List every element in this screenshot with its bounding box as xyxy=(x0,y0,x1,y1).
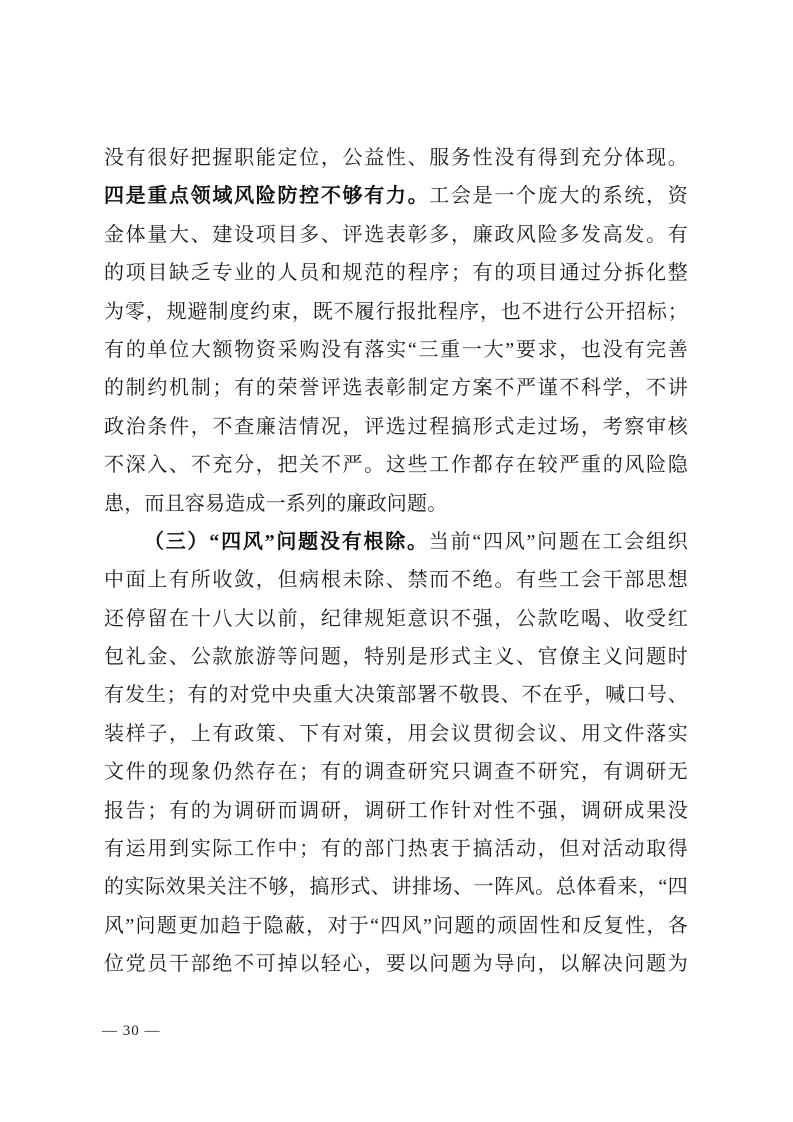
body-text: 位党员干部绝不可掉以轻心，要以问题为导向，以解决问题为 xyxy=(104,953,688,975)
body-text: 装样子，上有政策、下有对策，用会议贯彻会议、用文件落实 xyxy=(104,723,688,745)
body-text: 还停留在十八大以前，纪律规矩意识不强，公款吃喝、收受红 xyxy=(104,608,688,630)
text-line: 有运用到实际工作中；有的部门热衷于搞活动，但对活动取得 xyxy=(104,830,688,868)
text-line: 风”问题更加趋于隐蔽，对于“四风”问题的顽固性和反复性，各 xyxy=(104,907,688,945)
text-line: 装样子，上有政策、下有对策，用会议贯彻会议、用文件落实 xyxy=(104,715,688,753)
body-text: 包礼金、公款旅游等问题，特别是形式主义、官僚主义问题时 xyxy=(104,646,688,668)
text-line: 四是重点领域风险防控不够有力。工会是一个庞大的系统，资 xyxy=(104,177,688,215)
text-line: 位党员干部绝不可掉以轻心，要以问题为导向，以解决问题为 xyxy=(104,945,688,983)
text-line: （三）“四风”问题没有根除。当前“四风”问题在工会组织 xyxy=(104,523,688,561)
body-text: 不深入、不充分，把关不严。这些工作都存在较严重的风险隐 xyxy=(104,454,688,476)
document-body: 没有很好把握职能定位，公益性、服务性没有得到充分体现。四是重点领域风险防控不够有… xyxy=(104,139,688,984)
document-page: 没有很好把握职能定位，公益性、服务性没有得到充分体现。四是重点领域风险防控不够有… xyxy=(0,0,793,1122)
body-text: 工会是一个庞大的系统，资 xyxy=(429,185,688,207)
body-text: 报告；有的为调研而调研，调研工作针对性不强，调研成果没 xyxy=(104,800,688,822)
body-text: 有的单位大额物资采购没有落实“三重一大”要求，也没有完善 xyxy=(104,339,688,361)
body-text: 政治条件，不查廉洁情况，评选过程搞形式走过场，考察审核 xyxy=(104,416,688,438)
body-text: 文件的现象仍然存在；有的调查研究只调查不研究，有调研无 xyxy=(104,761,688,783)
text-line: 包礼金、公款旅游等问题，特别是形式主义、官僚主义问题时 xyxy=(104,638,688,676)
text-line: 有的单位大额物资采购没有落实“三重一大”要求，也没有完善 xyxy=(104,331,688,369)
text-line: 政治条件，不查廉洁情况，评选过程搞形式走过场，考察审核 xyxy=(104,408,688,446)
text-line: 的项目缺乏专业的人员和规范的程序；有的项目通过分拆化整 xyxy=(104,254,688,292)
text-line: 中面上有所收敛，但病根未除、禁而不绝。有些工会干部思想 xyxy=(104,561,688,599)
text-line: 有发生；有的对党中央重大决策部署不敬畏、不在乎，喊口号、 xyxy=(104,676,688,714)
bold-heading-text: 四是重点领域风险防控不够有力。 xyxy=(104,185,429,207)
text-line: 患，而且容易造成一系列的廉政问题。 xyxy=(104,485,688,523)
body-text: 患，而且容易造成一系列的廉政问题。 xyxy=(104,493,447,515)
page-number: — 30 — xyxy=(102,1021,161,1041)
text-line: 的制约机制；有的荣誉评选表彰制定方案不严谨不科学，不讲 xyxy=(104,369,688,407)
body-text: 的制约机制；有的荣誉评选表彰制定方案不严谨不科学，不讲 xyxy=(104,377,688,399)
text-line: 的实际效果关注不够，搞形式、讲排场、一阵风。总体看来，“四 xyxy=(104,868,688,906)
text-line: 没有很好把握职能定位，公益性、服务性没有得到充分体现。 xyxy=(104,139,688,177)
body-text: 金体量大、建设项目多、评选表彰多，廉政风险多发高发。有 xyxy=(104,224,688,246)
body-text: 的项目缺乏专业的人员和规范的程序；有的项目通过分拆化整 xyxy=(104,262,688,284)
bold-heading-text: （三）“四风”问题没有根除。 xyxy=(144,531,429,553)
body-text: 有运用到实际工作中；有的部门热衷于搞活动，但对活动取得 xyxy=(104,838,688,860)
text-line: 为零，规避制度约束，既不履行报批程序，也不进行公开招标； xyxy=(104,293,688,331)
text-line: 不深入、不充分，把关不严。这些工作都存在较严重的风险隐 xyxy=(104,446,688,484)
body-text: 为零，规避制度约束，既不履行报批程序，也不进行公开招标； xyxy=(104,301,688,323)
text-line: 还停留在十八大以前，纪律规矩意识不强，公款吃喝、收受红 xyxy=(104,600,688,638)
body-text: 当前“四风”问题在工会组织 xyxy=(429,531,688,553)
body-text: 风”问题更加趋于隐蔽，对于“四风”问题的顽固性和反复性，各 xyxy=(104,915,688,937)
body-text: 中面上有所收敛，但病根未除、禁而不绝。有些工会干部思想 xyxy=(104,569,688,591)
text-line: 报告；有的为调研而调研，调研工作针对性不强，调研成果没 xyxy=(104,792,688,830)
body-text: 有发生；有的对党中央重大决策部署不敬畏、不在乎，喊口号、 xyxy=(104,684,688,706)
body-text: 没有很好把握职能定位，公益性、服务性没有得到充分体现。 xyxy=(104,147,688,169)
body-text: 的实际效果关注不够，搞形式、讲排场、一阵风。总体看来，“四 xyxy=(104,876,688,898)
text-line: 文件的现象仍然存在；有的调查研究只调查不研究，有调研无 xyxy=(104,753,688,791)
text-line: 金体量大、建设项目多、评选表彰多，廉政风险多发高发。有 xyxy=(104,216,688,254)
